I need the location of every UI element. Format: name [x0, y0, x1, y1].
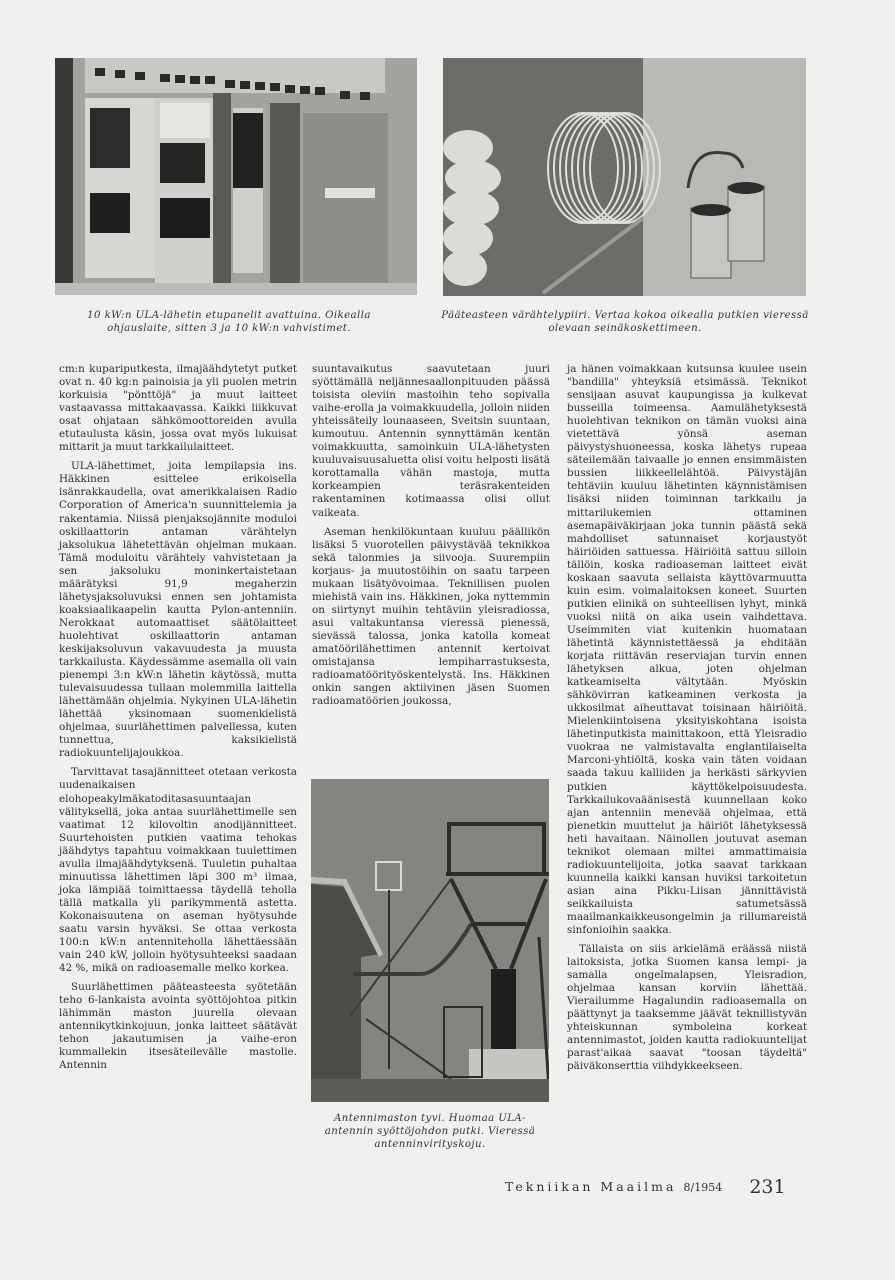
paragraph: Suurlähettimen pääteasteesta syötetään t…	[59, 981, 297, 1072]
paragraph: suuntavaikutus saavutetaan juuri syöttäm…	[312, 363, 550, 520]
oscillator-coil-photo	[443, 58, 806, 296]
photo-caption-antenna-mast: Antennimaston tyvi. Huomaa ULA-antennin …	[311, 1112, 549, 1151]
paragraph: ja hänen voimakkaan kutsunsa kuulee usei…	[567, 363, 807, 937]
article-column-left: cm:n kupariputkesta, ilmajäähdytetyt put…	[59, 363, 297, 1078]
page-footer: Tekniikan Maailma 8/1954 231	[505, 1174, 786, 1196]
page-number: 231	[749, 1176, 785, 1198]
antenna-mast-illustration	[311, 779, 549, 1102]
oscillator-coil-illustration	[443, 58, 806, 296]
paragraph: cm:n kupariputkesta, ilmajäähdytetyt put…	[59, 363, 297, 454]
photo-caption-oscillator: Pääteasteen värähtelypiiri. Vertaa kokoa…	[440, 309, 810, 335]
paragraph: Aseman henkilökuntaan kuuluu päällikön l…	[312, 526, 550, 709]
photo-caption-transmitter: 10 kW:n ULA-lähetin etupanelit avattuina…	[58, 309, 400, 335]
paragraph: ULA-lähettimet, joita lempilapsia ins. H…	[59, 460, 297, 760]
transmitter-panels-illustration	[55, 58, 417, 295]
article-column-right: ja hänen voimakkaan kutsunsa kuulee usei…	[567, 363, 807, 1080]
antenna-mast-photo	[311, 779, 549, 1102]
issue-number: 8/1954	[684, 1181, 723, 1194]
article-column-middle: suuntavaikutus saavutetaan juuri syöttäm…	[312, 363, 550, 714]
paragraph: Tarvittavat tasajännitteet otetaan verko…	[59, 766, 297, 975]
paragraph: Tällaista on siis arkielämä eräässä niis…	[567, 943, 807, 1073]
magazine-title: Tekniikan Maailma	[505, 1179, 676, 1194]
transmitter-panels-photo	[55, 58, 417, 295]
